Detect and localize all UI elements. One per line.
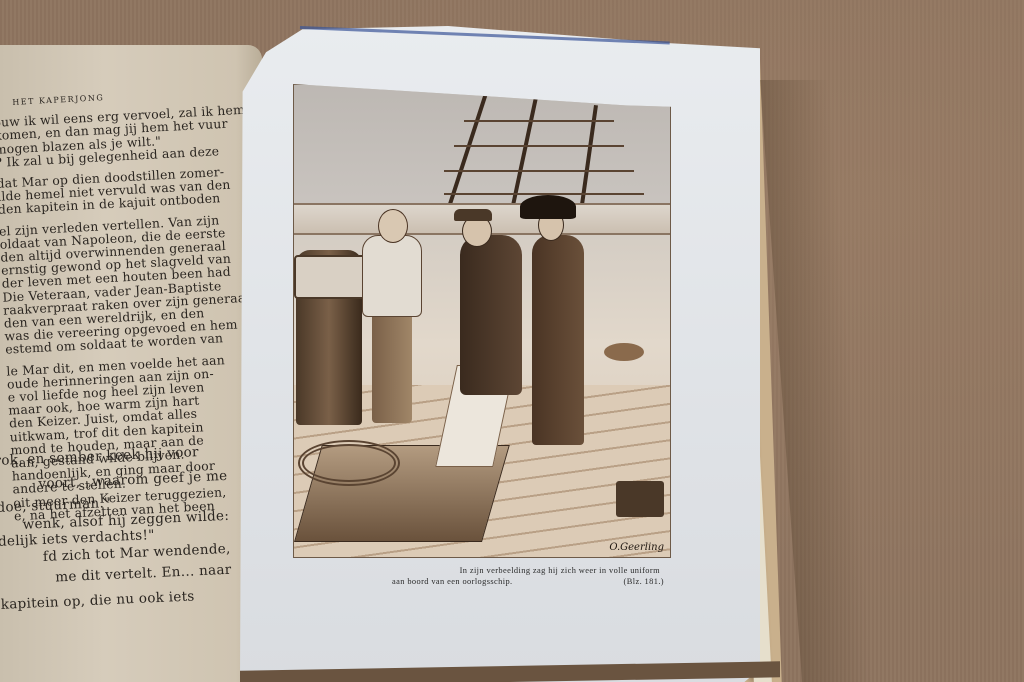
- ratline: [464, 120, 614, 122]
- caption-line-1: In zijn verbeelding zag hij zich weer in…: [392, 565, 664, 576]
- caption-line-2: aan boord van een oorlogsschip. (Blz. 18…: [392, 576, 664, 587]
- deck-box: [616, 481, 664, 517]
- capstan-top: [294, 255, 368, 299]
- captain-figure: [532, 235, 584, 445]
- mate-figure: [460, 235, 522, 395]
- bicorne-hat: [520, 195, 576, 219]
- hat-on-deck: [604, 343, 644, 361]
- rope-coil: [298, 440, 400, 486]
- artist-signature: O.Geerling: [609, 542, 664, 553]
- left-page-lower-text: rok, en somber keek hij voor voort, „waa…: [0, 439, 233, 617]
- caption-line-2-text: aan boord van een oorlogsschip.: [392, 576, 513, 587]
- sepia-illustration: O.Geerling: [293, 84, 671, 558]
- mate-cap: [454, 209, 492, 221]
- boy-legs: [372, 313, 412, 423]
- caption-page-ref: (Blz. 181.): [624, 576, 664, 587]
- book-photo-scene: HET KAPERJONG ouw ik wil eens erg vervoe…: [0, 0, 1024, 682]
- boy-head: [378, 209, 408, 243]
- boy-figure: [362, 235, 422, 317]
- ratline: [444, 170, 634, 172]
- ratline: [454, 145, 624, 147]
- illustration-caption: In zijn verbeelding zag hij zich weer in…: [392, 565, 664, 587]
- left-text-page: HET KAPERJONG ouw ik wil eens erg vervoe…: [0, 45, 262, 682]
